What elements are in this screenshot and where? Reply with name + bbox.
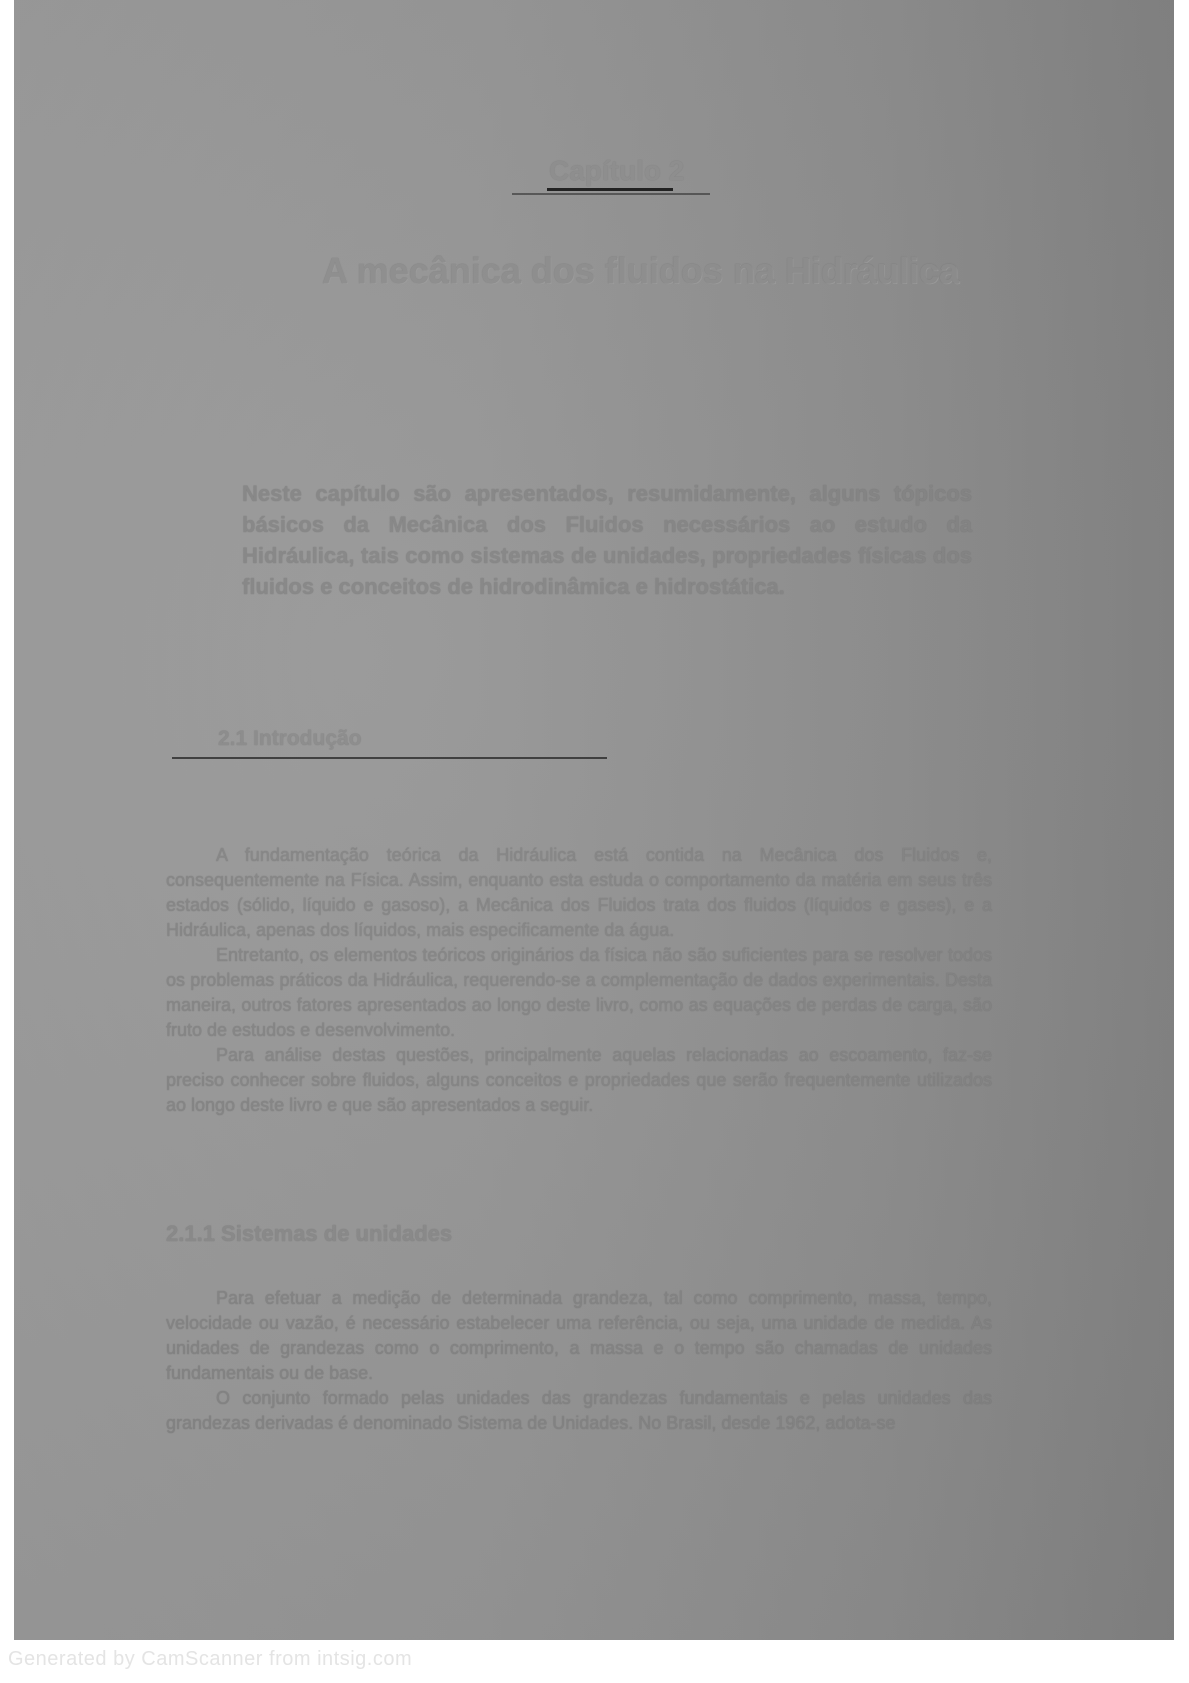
chapter-label: Capítulo 2 [549, 155, 684, 187]
chapter-rule [512, 193, 710, 195]
paragraph: A fundamentação teórica da Hidráulica es… [166, 843, 992, 943]
scanned-page: Capítulo 2 A mecânica dos fluidos na Hid… [14, 0, 1174, 1640]
scanner-watermark: Generated by CamScanner from intsig.com [8, 1648, 412, 1671]
chapter-title: A mecânica dos fluidos na Hidráulica [322, 250, 959, 292]
subsection-heading-units: 2.1.1 Sistemas de unidades [166, 1221, 452, 1247]
paragraph: Entretanto, os elementos teóricos origin… [166, 943, 992, 1043]
section-heading-introduction: 2.1 Introdução [218, 727, 362, 751]
chapter-underline [547, 188, 673, 191]
section-body-units: Para efetuar a medição de determinada gr… [166, 1286, 992, 1436]
paragraph: Para efetuar a medição de determinada gr… [166, 1286, 992, 1386]
chapter-abstract: Neste capítulo são apresentados, resumid… [242, 478, 972, 602]
section-underline [172, 757, 607, 759]
paragraph: Para análise destas questões, principalm… [166, 1043, 992, 1118]
paragraph: O conjunto formado pelas unidades das gr… [166, 1386, 992, 1436]
section-body-introduction: A fundamentação teórica da Hidráulica es… [166, 843, 992, 1118]
